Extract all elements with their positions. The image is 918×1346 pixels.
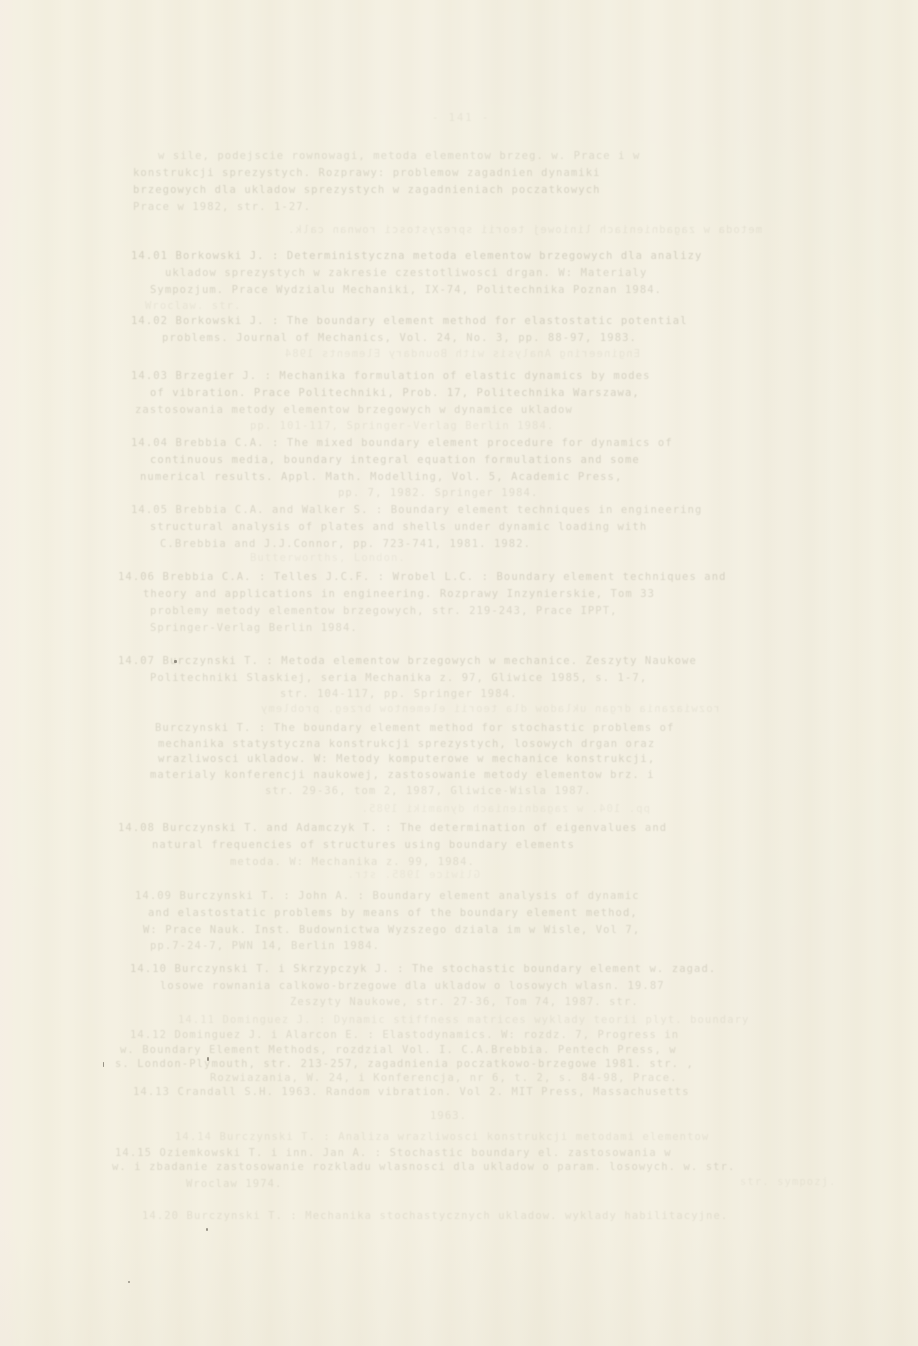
ink-speck [103, 1062, 104, 1067]
ghost-text-line: str. 104-117, pp. Springer 1984. [280, 688, 620, 701]
ghost-text-line: structural analysis of plates and shells… [150, 521, 790, 534]
ghost-text-line: konstrukcji sprezystych. Rozprawy: probl… [133, 167, 805, 180]
ghost-text-line: Gliwice 1985. str. [300, 869, 480, 882]
ghost-text-line: w. i zbadanie zastosowanie rozkladu wlas… [112, 1161, 894, 1174]
ink-speck [207, 1057, 209, 1061]
scanned-page: - 141 - w sile, podejscie rownowagi, met… [0, 0, 918, 1346]
ghost-text-line: Burczynski T. : The boundary element met… [155, 722, 873, 735]
ghost-text-line: Engineering Analysis with Boundary Eleme… [240, 348, 640, 361]
ghost-text-line: 14.14 Burczynski T. : Analiza wrazliwosc… [175, 1131, 825, 1144]
page-number-smudge: - 141 - [432, 112, 490, 124]
ghost-text-line: wrazliwosci ukladow. W: Metody komputero… [158, 753, 870, 766]
ghost-text-line: problems. Journal of Mechanics, Vol. 24,… [162, 332, 762, 345]
ghost-text-line: 14.02 Borkowski J. : The boundary elemen… [131, 315, 809, 328]
ghost-text-line: numerical results. Appl. Math. Modelling… [140, 471, 800, 484]
ghost-text-line: materialy konferencji naukowej, zastosow… [150, 769, 865, 782]
ghost-text-line: str. sympozj. [740, 1176, 840, 1189]
ink-speck [174, 660, 177, 663]
ghost-text-line: 14.04 Brebbia C.A. : The mixed boundary … [131, 437, 821, 450]
ghost-text-line: continuous media, boundary integral equa… [150, 454, 790, 467]
ghost-text-line: pp.7-24-7, PWN 14, Berlin 1984. [150, 940, 500, 953]
ghost-text-line: Wroclaw. str. [145, 300, 265, 313]
ghost-text-line: and elastostatic problems by means of th… [148, 907, 828, 920]
ghost-text-line: pp. 104. w zagadnieniach dynamiki 1985. [230, 803, 650, 816]
ghost-text-line: 14.10 Burczynski T. i Skrzypczyk J. : Th… [130, 963, 875, 976]
ghost-text-line: 14.09 Burczynski T. : John A. : Boundary… [135, 890, 855, 903]
ghost-text-line: natural frequencies of structures using … [152, 839, 777, 852]
ink-speck [128, 1281, 130, 1283]
ghost-text-line: 14.20 Burczynski T. : Mechanika stochast… [142, 1210, 872, 1223]
ghost-text-line: metoda. W: Mechanika z. 99, 1984. [230, 856, 560, 869]
ghost-text-line: C.Brebbia and J.J.Connor, pp. 723-741, 1… [160, 538, 590, 551]
ghost-text-line: 14.15 Oziemkowski T. i inn. Jan A. : Sto… [115, 1147, 895, 1160]
ghost-text-line: Politechniki Slaskiej, seria Mechanika z… [150, 672, 790, 685]
ghost-text-line: mechanika statystyczna konstrukcji sprez… [158, 738, 858, 751]
ghost-text-line: pp. 7, 1982. Springer 1984. [338, 487, 578, 500]
ghost-text-line: ukladow sprezystych w zakresie czestotli… [165, 267, 745, 280]
ghost-text-line: 14.03 Brzegier J. : Mechanika formulatio… [131, 370, 811, 383]
ghost-text-line: pp. 101-117, Springer-Verlag Berlin 1984… [250, 420, 720, 433]
ghost-text-line: losowe rownania calkowo-brzegowe dla ukl… [160, 980, 850, 993]
ghost-text-line: w. Boundary Element Methods, rozdzial Vo… [120, 1044, 885, 1057]
ghost-text-line: metoda w zagadnieniach liniowej teorii s… [150, 224, 762, 237]
ghost-text-line: 14.06 Brebbia C.A. : Telles J.C.F. : Wro… [118, 571, 874, 584]
ghost-text-line: Rozwiazania, W. 24, i Konferencja, nr 6,… [210, 1072, 770, 1085]
ghost-text-line: 14.12 Dominguez J. i Alarcon E. : Elasto… [130, 1029, 870, 1042]
ghost-text-line: 14.11 Dominguez J. : Dynamic stiffness m… [178, 1014, 838, 1027]
ghost-text-line: brzegowych dla ukladow sprezystych w zag… [133, 184, 805, 197]
ghost-text-line: zastosowania metody elementow brzegowych… [135, 404, 803, 417]
ghost-text-line: theory and applications in engineering. … [143, 588, 843, 601]
ink-speck [206, 1228, 208, 1231]
ghost-text-line: s. London-Plymouth, str. 213-257, zagadn… [115, 1058, 890, 1071]
ghost-text-line: 14.01 Borkowski J. : Deterministyczna me… [131, 250, 811, 263]
ghost-text-line: 14.13 Crandall S.H. 1963. Random vibrati… [133, 1086, 873, 1099]
ghost-text-line: rozwiazania drgan ukladow dla teorii ele… [230, 703, 720, 716]
ghost-text-line: w sile, podejscie rownowagi, metoda elem… [158, 150, 805, 163]
ghost-text-line: 1963. [430, 1110, 490, 1123]
ghost-text-line: Wroclaw 1974. [186, 1178, 296, 1191]
ghost-text-line: 14.08 Burczynski T. and Adamczyk T. : Th… [118, 822, 888, 835]
ghost-text-line: Butterworths, London. [250, 552, 410, 565]
ghost-text-line: Sympozjum. Prace Wydzialu Mechaniki, IX-… [150, 284, 772, 297]
ghost-text-line: W: Prace Nauk. Inst. Budownictwa Wyzszeg… [143, 924, 833, 937]
ghost-text-line: problemy metody elementow brzegowych, st… [150, 605, 795, 618]
ghost-text-line: 14.05 Brebbia C.A. and Walker S. : Bound… [131, 504, 831, 517]
ghost-text-line: 14.07 Burczynski T. : Metoda elementow b… [118, 655, 878, 668]
ghost-text-line: Prace w 1982, str. 1-27. [133, 201, 315, 214]
ghost-text-line: of vibration. Prace Politechniki, Prob. … [150, 387, 798, 400]
ghost-text-line: Zeszyty Naukowe, str. 27-36, Tom 74, 198… [290, 996, 720, 1009]
ghost-text-line: str. 29-36, tom 2, 1987, Gliwice-Wisla 1… [265, 785, 605, 798]
ghost-text-line: Springer-Verlag Berlin 1984. [150, 622, 435, 635]
